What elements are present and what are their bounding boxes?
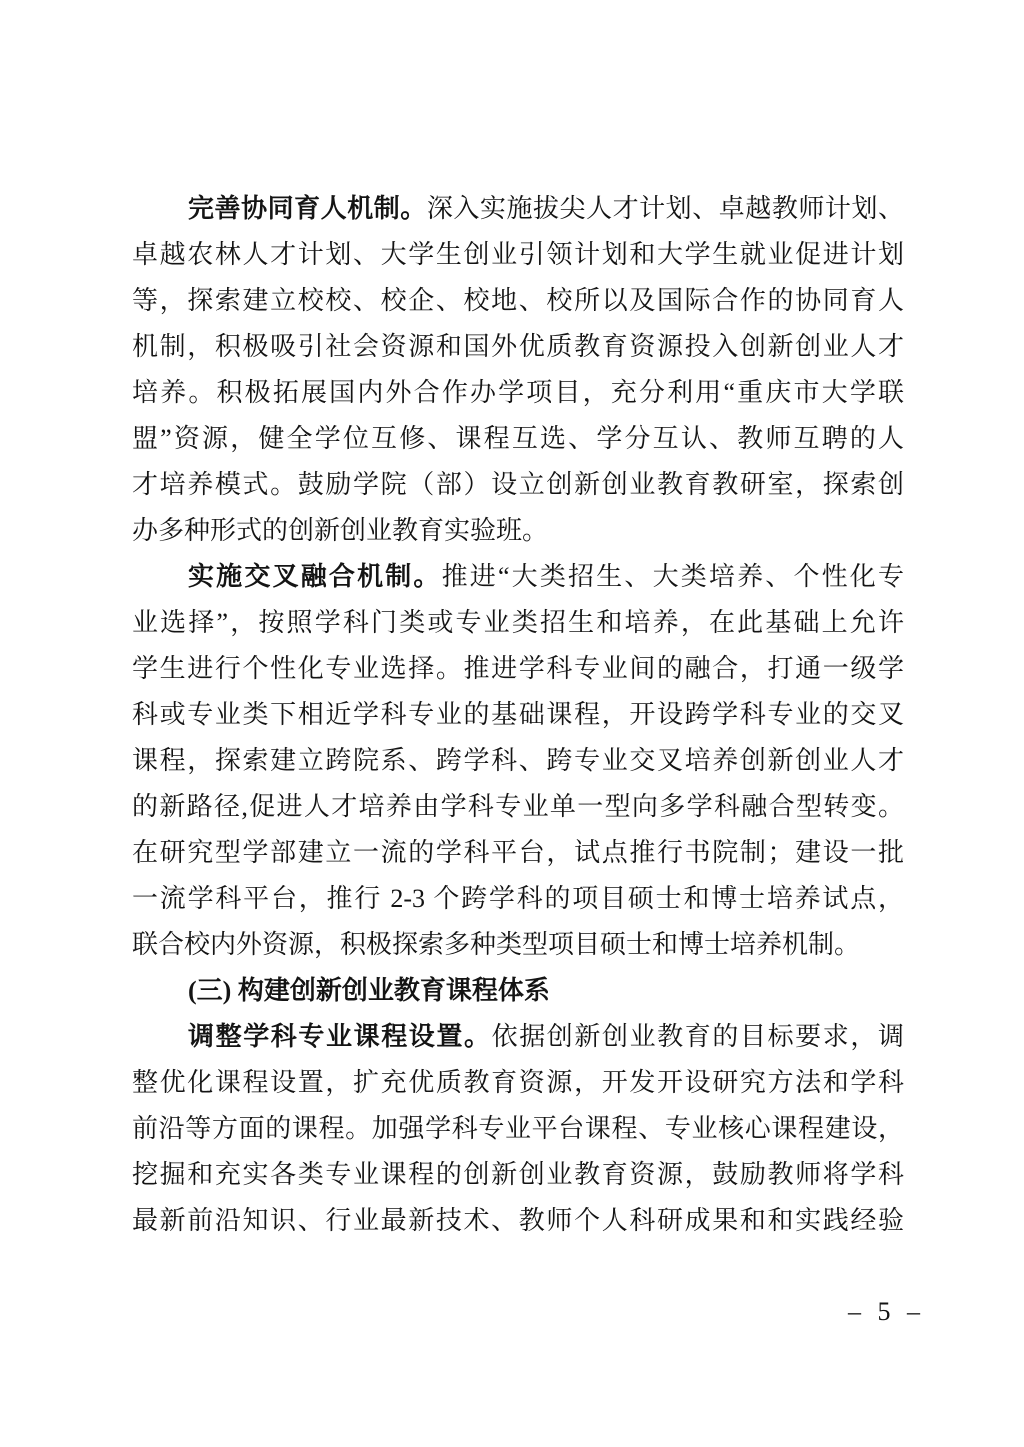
- text-line: 调整学科专业课程设置。依据创新创业教育的目标要求，调: [132, 1014, 904, 1060]
- paragraph-collaborative-education: 完善协同育人机制。深入实施拔尖人才计划、卓越教师计划、 卓越农林人才计划、大学生…: [132, 186, 904, 554]
- lead-text: 实施交叉融合机制。: [188, 562, 442, 591]
- text-line: 办多种形式的创新创业教育实验班。: [132, 508, 904, 554]
- text-line: 等，探索建立校校、校企、校地、校所以及国际合作的协同育人: [132, 278, 904, 324]
- section-heading: (三) 构建创新创业教育课程体系: [132, 968, 904, 1014]
- text-line: 机制，积极吸引社会资源和国外优质教育资源投入创新创业人才: [132, 324, 904, 370]
- lead-text: 完善协同育人机制。: [188, 194, 427, 223]
- line-text: 深入实施拔尖人才计划、卓越教师计划、: [427, 194, 904, 223]
- text-line: 培养。积极拓展国内外合作办学项目，充分利用“重庆市大学联: [132, 370, 904, 416]
- text-line: 盟”资源，健全学位互修、课程互选、学分互认、教师互聘的人: [132, 416, 904, 462]
- text-line: 课程，探索建立跨院系、跨学科、跨专业交叉培养创新创业人才: [132, 738, 904, 784]
- page-number: – 5 –: [848, 1292, 925, 1332]
- text-line: 整优化课程设置，扩充优质教育资源，开发开设研究方法和学科: [132, 1060, 904, 1106]
- paragraph-cross-integration: 实施交叉融合机制。推进“大类招生、大类培养、个性化专 业选择”，按照学科门类或专…: [132, 554, 904, 968]
- text-line: 实施交叉融合机制。推进“大类招生、大类培养、个性化专: [132, 554, 904, 600]
- line-text: 依据创新创业教育的目标要求，调: [492, 1022, 904, 1051]
- text-line: 业选择”，按照学科门类或专业类招生和培养，在此基础上允许: [132, 600, 904, 646]
- document-body: 完善协同育人机制。深入实施拔尖人才计划、卓越教师计划、 卓越农林人才计划、大学生…: [132, 186, 904, 1244]
- text-line: 完善协同育人机制。深入实施拔尖人才计划、卓越教师计划、: [132, 186, 904, 232]
- text-line: 前沿等方面的课程。加强学科专业平台课程、专业核心课程建设，: [132, 1106, 904, 1152]
- text-line: 联合校内外资源，积极探索多种类型项目硕士和博士培养机制。: [132, 922, 904, 968]
- paragraph-curriculum: 调整学科专业课程设置。依据创新创业教育的目标要求，调 整优化课程设置，扩充优质教…: [132, 1014, 904, 1244]
- text-line: 一流学科平台，推行 2-3 个跨学科的项目硕士和博士培养试点，: [132, 876, 904, 922]
- text-line: 科或专业类下相近学科专业的基础课程，开设跨学科专业的交叉: [132, 692, 904, 738]
- text-line: 在研究型学部建立一流的学科平台，试点推行书院制；建设一批: [132, 830, 904, 876]
- text-line: 挖掘和充实各类专业课程的创新创业教育资源，鼓励教师将学科: [132, 1152, 904, 1198]
- text-line: 最新前沿知识、行业最新技术、教师个人科研成果和和实践经验: [132, 1198, 904, 1244]
- text-line: 卓越农林人才计划、大学生创业引领计划和大学生就业促进计划: [132, 232, 904, 278]
- text-line: 的新路径,促进人才培养由学科专业单一型向多学科融合型转变。: [132, 784, 904, 830]
- lead-text: 调整学科专业课程设置。: [188, 1022, 492, 1051]
- document-page: 完善协同育人机制。深入实施拔尖人才计划、卓越教师计划、 卓越农林人才计划、大学生…: [0, 0, 1024, 1447]
- text-line: 学生进行个性化专业选择。推进学科专业间的融合，打通一级学: [132, 646, 904, 692]
- line-text: 推进“大类招生、大类培养、个性化专: [442, 562, 904, 591]
- text-line: 才培养模式。鼓励学院（部）设立创新创业教育教研室，探索创: [132, 462, 904, 508]
